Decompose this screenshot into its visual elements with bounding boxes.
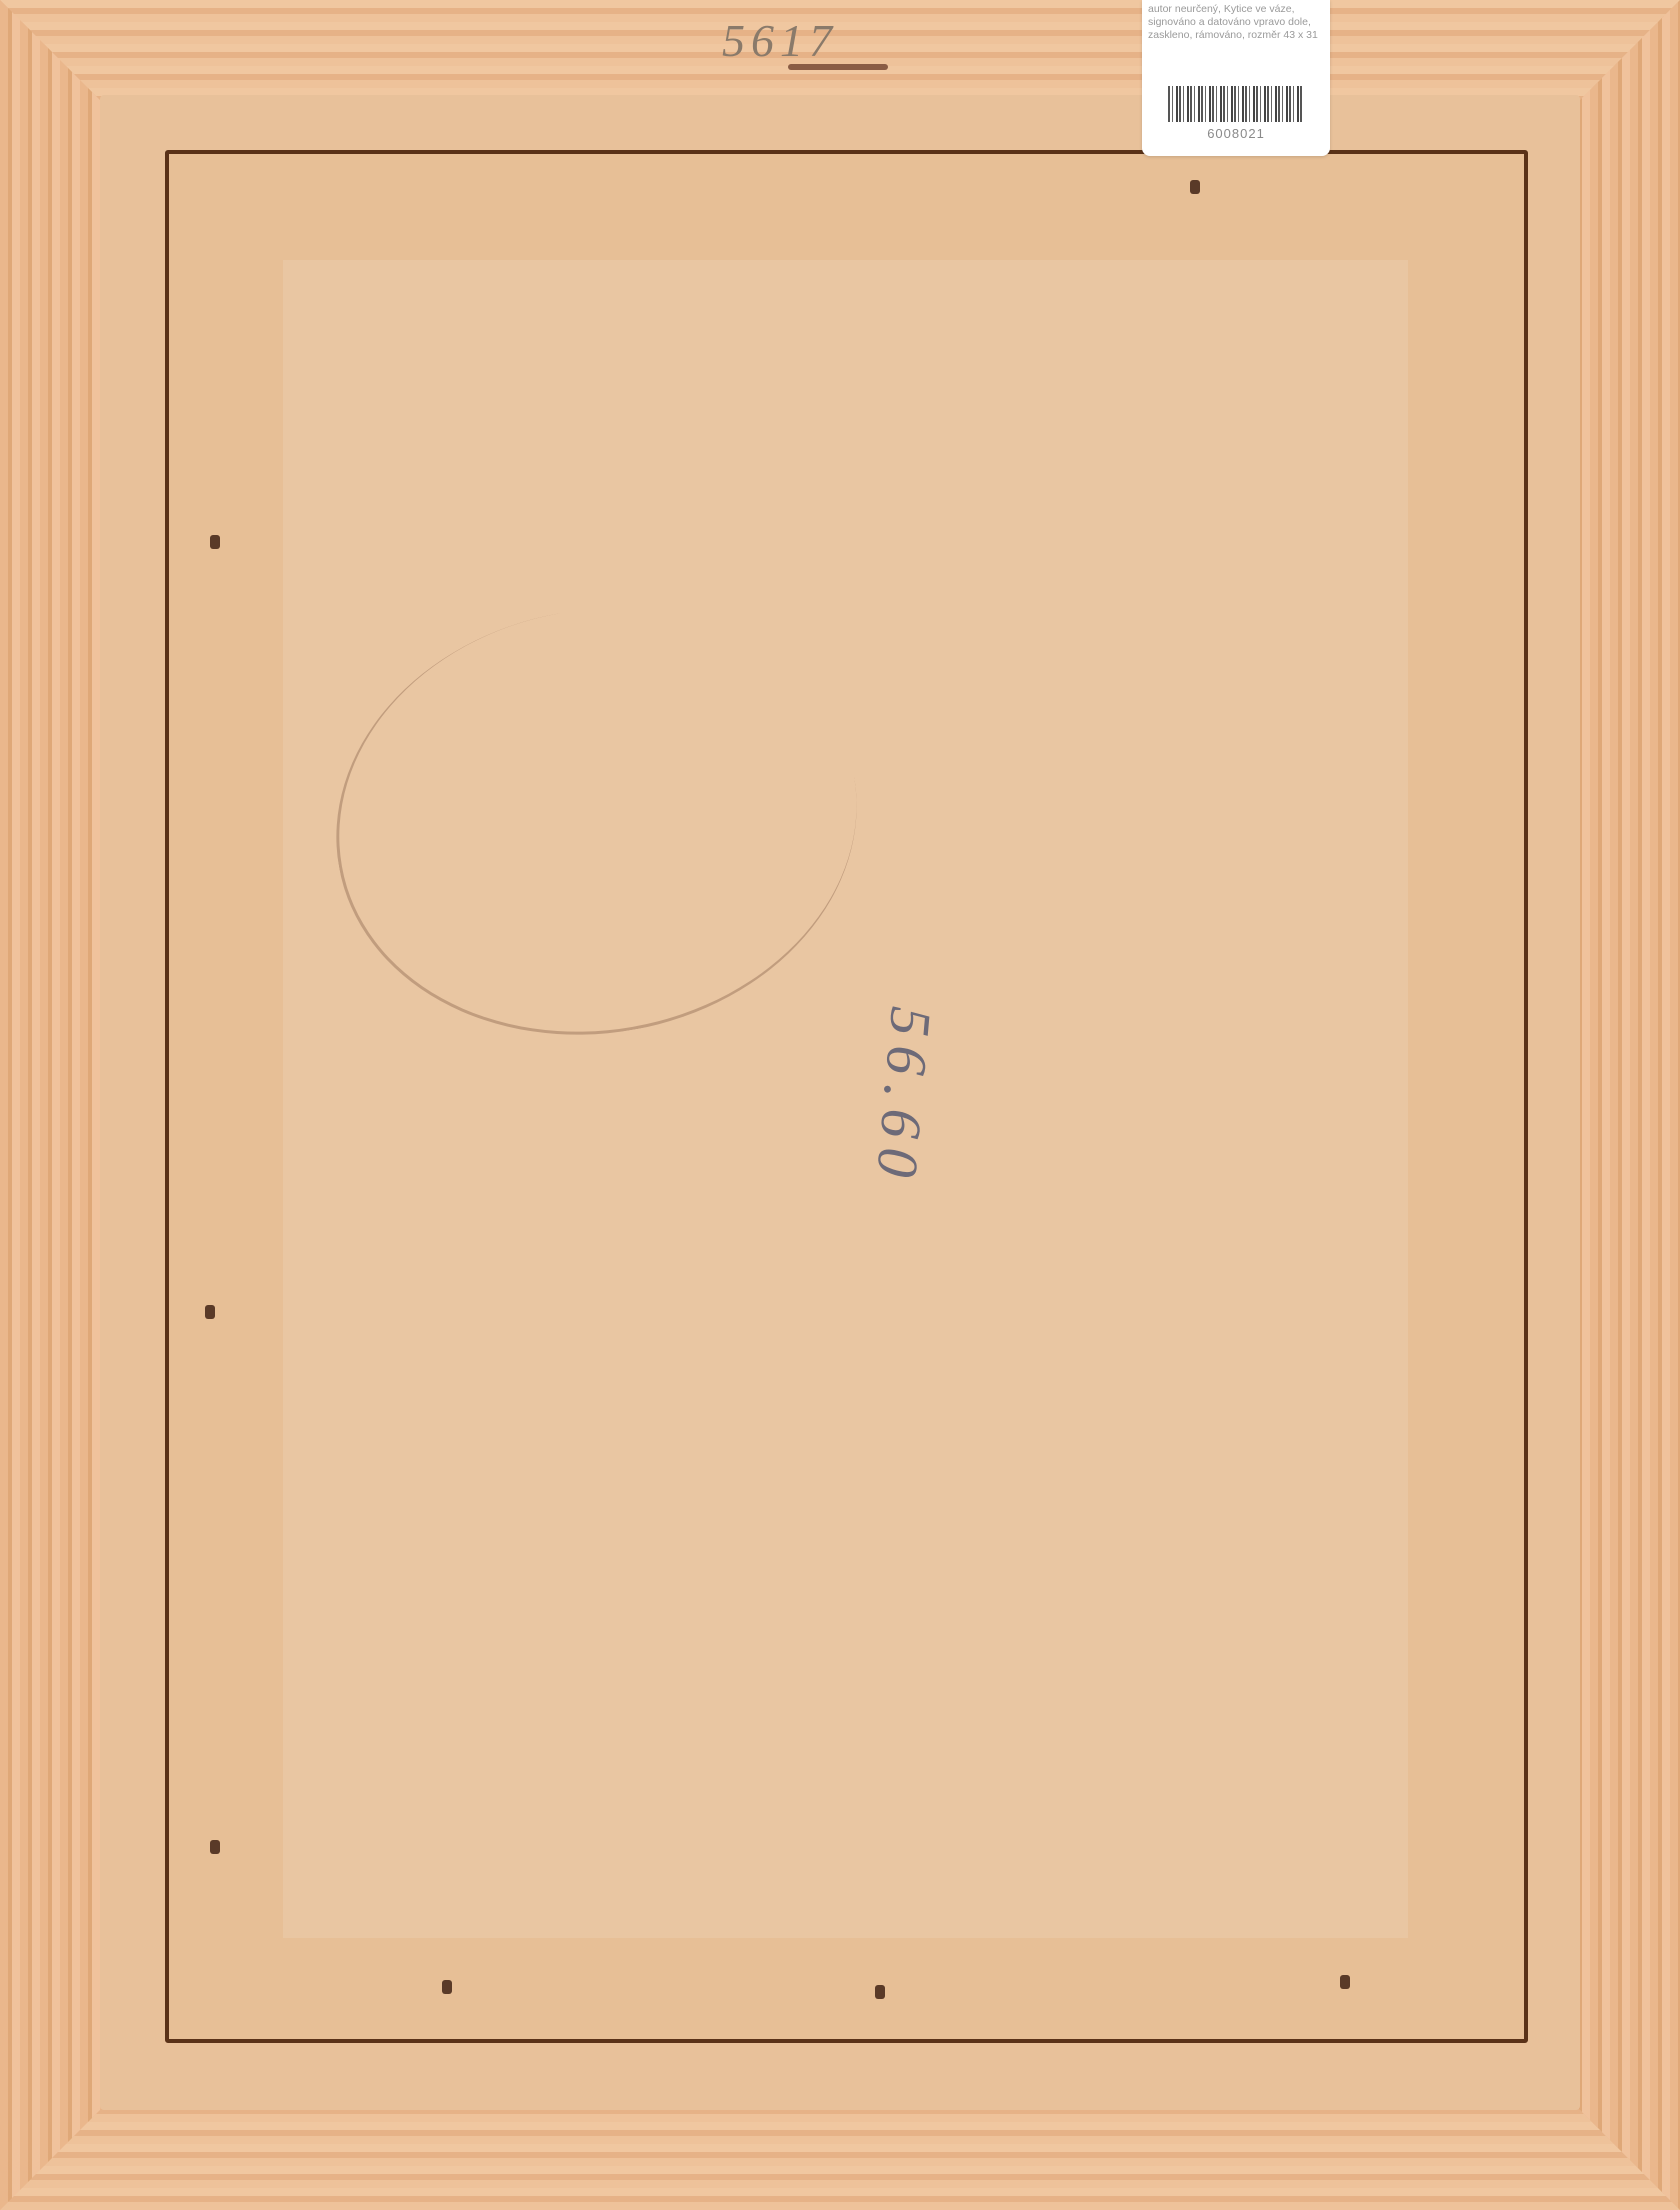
label-description: autor neurčený, Kytice ve váze, signován…: [1148, 3, 1326, 42]
handwritten-underline: [788, 64, 888, 70]
frame-left-rail: [0, 0, 110, 2210]
nail-icon: [210, 535, 220, 549]
auction-label: autor neurčený, Kytice ve váze, signován…: [1142, 0, 1330, 156]
backing-paper: [283, 260, 1408, 1938]
nail-icon: [210, 1840, 220, 1854]
nail-icon: [1190, 180, 1200, 194]
nail-icon: [1340, 1975, 1350, 1989]
frame-top-rail: [0, 0, 1680, 110]
barcode-icon: [1168, 86, 1302, 122]
frame-right-rail: [1570, 0, 1680, 2210]
nail-icon: [205, 1305, 215, 1319]
nail-icon: [442, 1980, 452, 1994]
barcode-number: 6008021: [1142, 126, 1330, 141]
nail-icon: [875, 1985, 885, 1999]
handwritten-number-top: 5617: [722, 14, 838, 67]
frame-bottom-rail: [0, 2100, 1680, 2210]
